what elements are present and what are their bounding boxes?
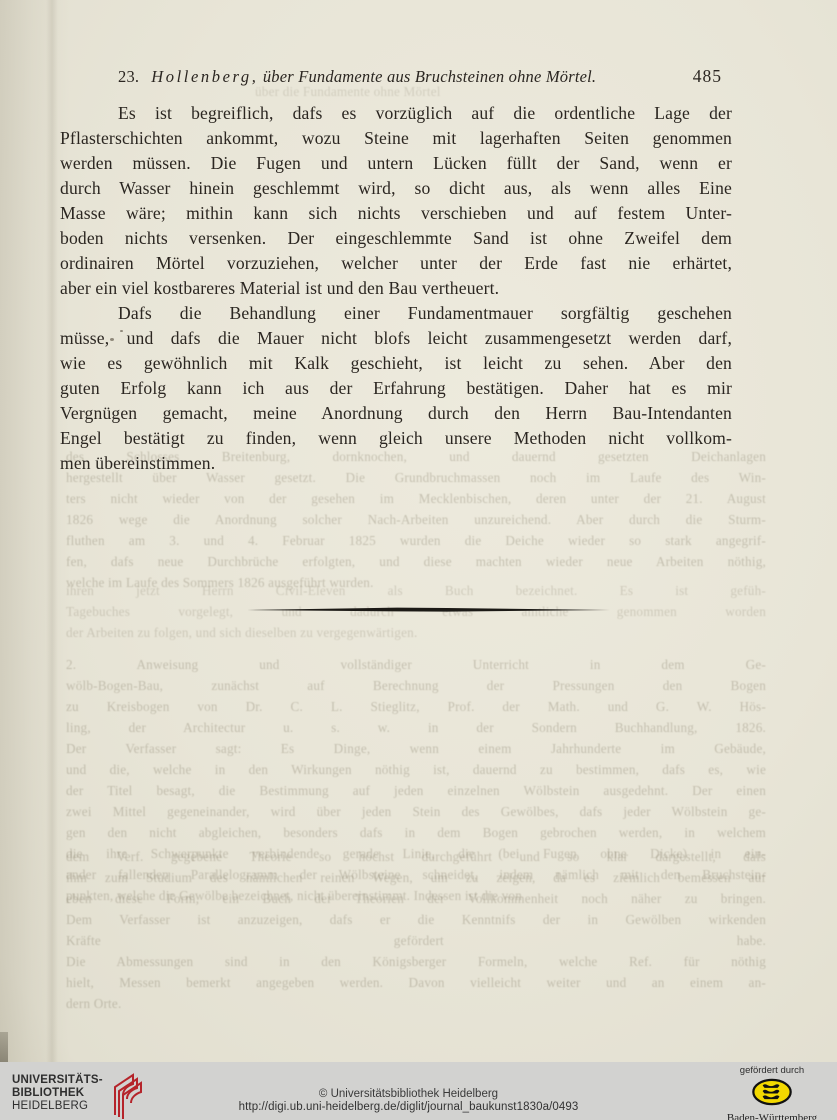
text-line: 2. Anweisung und vollständiger Unterrich… bbox=[66, 654, 766, 675]
text-line: Kräfte gefördert habe. bbox=[66, 930, 766, 951]
text-line: durch Wasser hinein geschlemmt wird, so … bbox=[60, 176, 732, 201]
text-line: fluthen am 3. und 4. Februar 1825 wurden… bbox=[66, 530, 766, 551]
footer-bar: UNIVERSITÄTS- BIBLIOTHEK HEIDELBERG © Un… bbox=[0, 1062, 837, 1120]
text-line: eben diese Form, ein Buch der Theorien d… bbox=[66, 888, 766, 909]
baden-wuerttemberg-coat-of-arms-icon bbox=[751, 1078, 793, 1106]
title-text: über Fundamente aus Bruchsteinen ohne Mö… bbox=[263, 67, 596, 86]
text-line: Pflasterschichten ankommt, wozu Steine m… bbox=[60, 126, 732, 151]
text-line: zwei Mittel gegeneinander, wird über jed… bbox=[66, 801, 766, 822]
section-divider-rule bbox=[247, 607, 610, 613]
running-title: Hollenberg, über Fundamente aus Bruchste… bbox=[139, 67, 693, 87]
article-number: 23. bbox=[60, 67, 139, 87]
text-line: hielt, Messen bemerkt angegeben werden. … bbox=[66, 972, 766, 993]
text-line: 1826 wege die Anordnung solcher Nach-Arb… bbox=[66, 509, 766, 530]
text-line: Es ist begreiflich, dafs es vorzüglich a… bbox=[60, 101, 732, 126]
text-line: ling, der Architectur u. s. w. in der So… bbox=[66, 717, 766, 738]
copyright-line: © Universitätsbibliothek Heidelberg bbox=[239, 1088, 579, 1101]
text-line: ters nicht wieder von der gesehen im Mec… bbox=[66, 488, 766, 509]
paragraph: Es ist begreiflich, dafs es vorzüglich a… bbox=[60, 101, 732, 301]
text-line: dern Orte. bbox=[66, 993, 766, 1014]
funding-label: gefördert durch bbox=[713, 1065, 831, 1076]
text-line: wie es gewöhnlich mit Kalk geschieht, is… bbox=[60, 351, 732, 376]
text-line: der Titel besagt, die Bestimmung auf jed… bbox=[66, 780, 766, 801]
text-line: aber ein viel kostbareres Material ist u… bbox=[60, 276, 732, 301]
text-line: Der Verfasser sagt: Es Dinge, wenn einem… bbox=[66, 738, 766, 759]
text-line: und die, welche in den Wirkungen nöthig … bbox=[66, 759, 766, 780]
source-attribution: © Universitätsbibliothek Heidelberg http… bbox=[239, 1088, 579, 1114]
library-name: UNIVERSITÄTS- BIBLIOTHEK HEIDELBERG bbox=[12, 1074, 103, 1113]
body-text: Es ist begreiflich, dafs es vorzüglich a… bbox=[60, 101, 732, 476]
paper-crease bbox=[46, 0, 58, 1062]
text-line: fen, dafs neue Durchbrüche erfolgten, un… bbox=[66, 551, 766, 572]
text-line: ihm zum Studium des nämlichen reinen Weg… bbox=[66, 867, 766, 888]
text-line: Dafs die Behandlung einer Fundamentmauer… bbox=[60, 301, 732, 326]
source-url[interactable]: http://digi.ub.uni-heidelberg.de/diglit/… bbox=[239, 1101, 579, 1114]
state-label: Baden-Württemberg bbox=[713, 1112, 831, 1120]
text-line: zu Kreisbogen von Dr. C. L. Stieglitz, P… bbox=[66, 696, 766, 717]
library-logo: UNIVERSITÄTS- BIBLIOTHEK HEIDELBERG bbox=[12, 1074, 145, 1120]
library-name-line1: UNIVERSITÄTS- bbox=[12, 1074, 103, 1087]
text-line: boden nichts versenken. Der eingeschlemm… bbox=[60, 226, 732, 251]
paragraph: Dafs die Behandlung einer Fundamentmauer… bbox=[60, 301, 732, 476]
text-line: Dem Verfasser ist anzuzeigen, dafs er di… bbox=[66, 909, 766, 930]
text-line: ordinairen Mörtel vorzuziehen, welcher u… bbox=[60, 251, 732, 276]
scan-edge-shadow bbox=[0, 1032, 8, 1062]
text-line: wölb-Bogen-Bau, zunächst auf Berechnung … bbox=[66, 675, 766, 696]
ub-heidelberg-book-logo-icon bbox=[107, 1070, 145, 1120]
text-line: Engel bestätigt zu finden, wenn gleich u… bbox=[60, 426, 732, 451]
text-line: Vergnügen gemacht, meine Anordnung durch… bbox=[60, 401, 732, 426]
page-header: 23. Hollenberg, über Fundamente aus Bruc… bbox=[60, 66, 732, 87]
text-line: Die Abmessungen sind in den Königsberger… bbox=[66, 951, 766, 972]
library-name-line3: HEIDELBERG bbox=[12, 1100, 103, 1113]
text-line: guten Erfolg kann ich aus der Erfahrung … bbox=[60, 376, 732, 401]
text-line: müsse, und dafs die Mauer nicht blofs le… bbox=[60, 326, 732, 351]
scanned-page: über die Fundamente ohne Mörtel des Schl… bbox=[0, 0, 837, 1062]
text-line: Masse wäre; mithin kann sich nichts vers… bbox=[60, 201, 732, 226]
text-line: gen den nicht abgleichen, besonders dafs… bbox=[66, 822, 766, 843]
page-number: 485 bbox=[693, 66, 732, 87]
text-line: ihren jetzt Herrn Civil-Eleven als Buch … bbox=[66, 580, 766, 601]
funding-block: gefördert durch Baden-Württemberg bbox=[713, 1065, 831, 1120]
text-line: der Arbeiten zu folgen, und sich dieselb… bbox=[66, 622, 766, 643]
text-line: werden müssen. Die Fugen und untern Lück… bbox=[60, 151, 732, 176]
author-name: Hollenberg, bbox=[151, 67, 258, 86]
bleedthrough-block: dem Verf. gegebene Theorie so höchst dur… bbox=[66, 846, 766, 1014]
text-line: men übereinstimmen. bbox=[60, 451, 732, 476]
library-name-line2: BIBLIOTHEK bbox=[12, 1087, 103, 1100]
text-line: dem Verf. gegebene Theorie so höchst dur… bbox=[66, 846, 766, 867]
